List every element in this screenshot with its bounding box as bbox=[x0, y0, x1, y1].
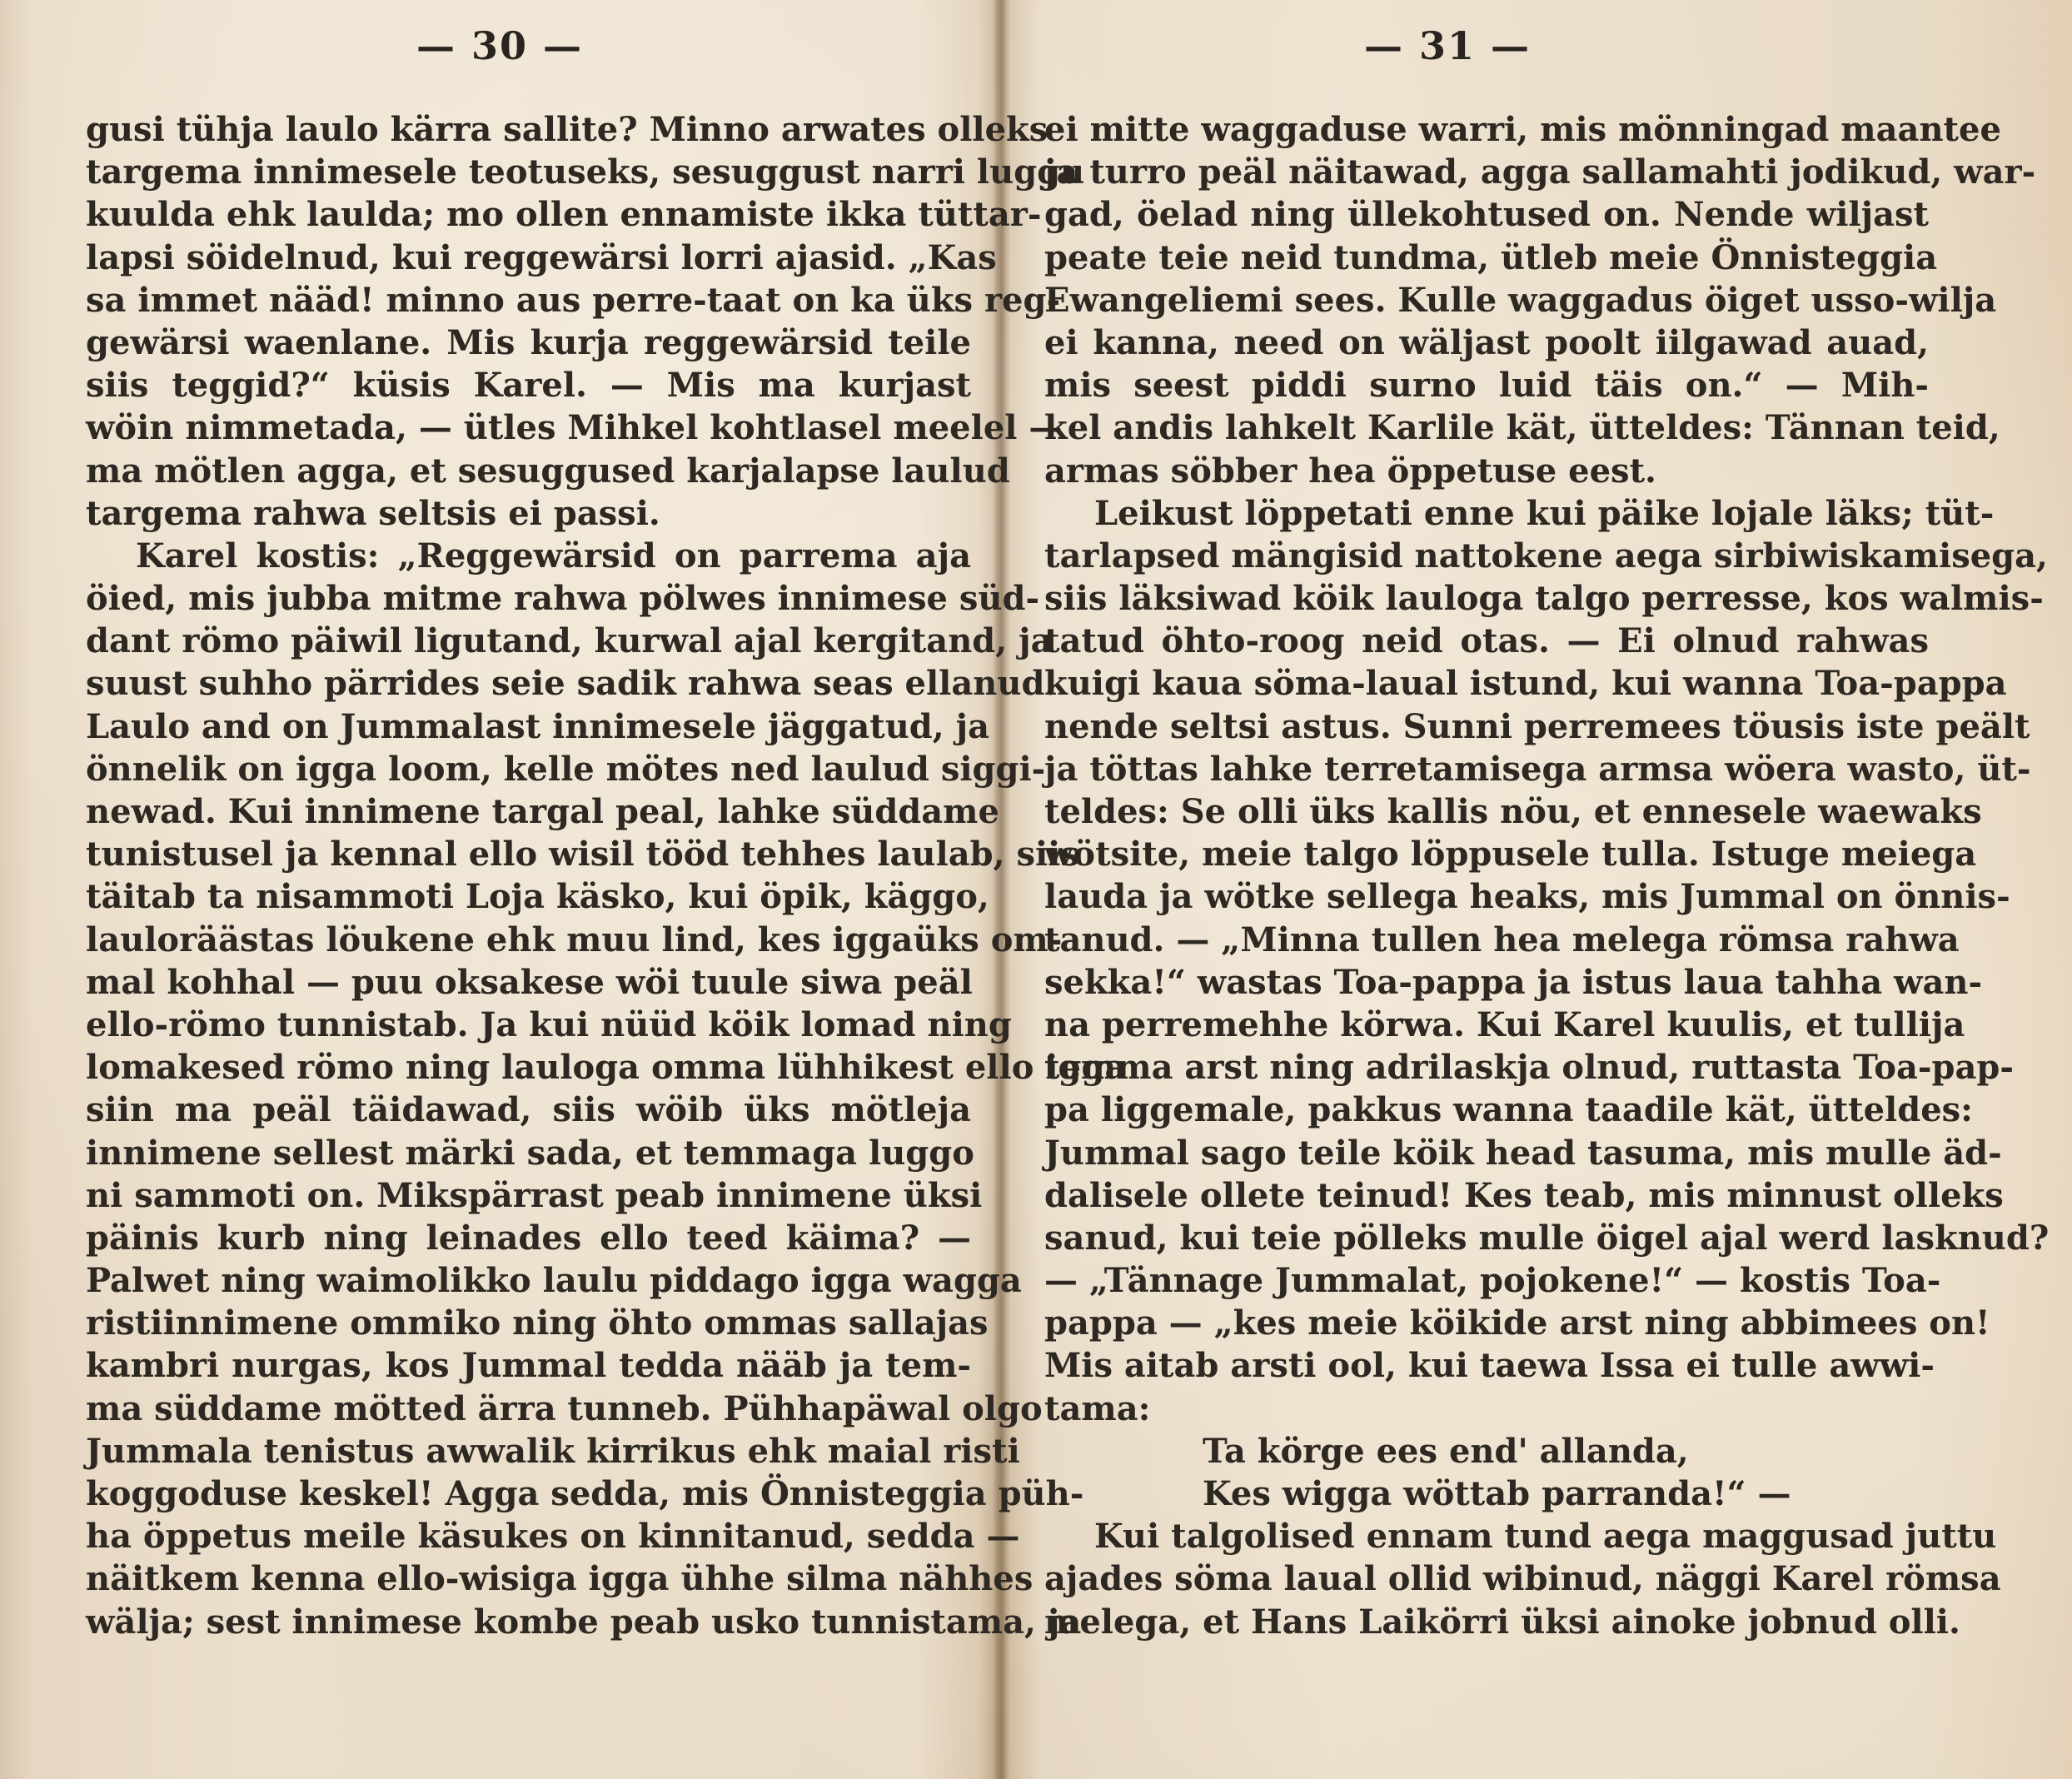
text-line: tunistusel ja kennal ello wisil tööd teh… bbox=[86, 833, 971, 875]
text-line: armas söbber hea öppetuse eest. bbox=[1044, 450, 1929, 492]
text-line: innimene sellest märki sada, et temmaga … bbox=[86, 1132, 971, 1174]
text-line: Kui talgolised ennam tund aega maggusad … bbox=[1044, 1515, 1929, 1557]
text-line: lomakesed römo ning lauloga omma lühhike… bbox=[86, 1046, 971, 1089]
text-line: — „Tännage Jummalat, pojokene!“ — kostis… bbox=[1044, 1259, 1929, 1302]
text-line: dant römo päiwil ligutand, kurwal ajal k… bbox=[86, 620, 971, 662]
text-line: lauda ja wötke sellega heaks, mis Jummal… bbox=[1044, 875, 1929, 918]
page-body: ei mitte waggaduse warri, mis mönningad … bbox=[1044, 108, 1929, 1643]
text-line: teldes: Se olli üks kallis nöu, et ennes… bbox=[1044, 790, 1929, 833]
text-line: tanud. — „Minna tullen hea melega römsa … bbox=[1044, 919, 1929, 961]
text-line: ma mötlen agga, et sesuggused karjalapse… bbox=[86, 450, 971, 492]
text-line: gusi tühja laulo kärra sallite? Minno ar… bbox=[86, 108, 971, 151]
text-line: sanud, kui teie pölleks mulle öigel ajal… bbox=[1044, 1217, 1929, 1259]
text-line: dalisele ollete teinud! Kes teab, mis mi… bbox=[1044, 1174, 1929, 1217]
text-line: önnelik on igga loom, kelle mötes ned la… bbox=[86, 748, 971, 790]
text-line: ajades söma laual ollid wibinud, näggi K… bbox=[1044, 1557, 1929, 1600]
page-number: — 31 — bbox=[1364, 23, 1531, 68]
text-line: Laulo and on Jummalast innimesele jäggat… bbox=[86, 705, 971, 748]
text-line: wöin nimmetada, — ütles Mihkel kohtlasel… bbox=[86, 406, 971, 449]
text-line: newad. Kui innimene targal peal, lahke s… bbox=[86, 790, 971, 833]
left-page: — 30 — gusi tühja laulo kärra sallite? M… bbox=[0, 0, 998, 1779]
text-line: siis teggid?“ küsis Karel. — Mis ma kurj… bbox=[86, 364, 971, 406]
text-line: gad, öelad ning üllekohtused on. Nende w… bbox=[1044, 193, 1929, 236]
page-number: — 30 — bbox=[416, 23, 583, 68]
text-line: Palwet ning waimolikko laulu piddago igg… bbox=[86, 1259, 971, 1302]
text-line: wälja; sest innimese kombe peab usko tun… bbox=[86, 1601, 971, 1643]
text-line: tarlapsed mängisid nattokene aega sirbiw… bbox=[1044, 535, 1929, 577]
text-line: näitkem kenna ello-wisiga igga ühhe silm… bbox=[86, 1557, 971, 1600]
text-line: kel andis lahkelt Karlile kät, ütteldes:… bbox=[1044, 406, 1929, 449]
text-line: koggoduse keskel! Agga sedda, mis Önnist… bbox=[86, 1473, 971, 1515]
text-line: peate teie neid tundma, ütleb meie Önnis… bbox=[1044, 237, 1929, 279]
text-line: siin ma peäl täidawad, siis wöib üks möt… bbox=[86, 1089, 971, 1131]
text-line: Jummala tenistus awwalik kirrikus ehk ma… bbox=[86, 1430, 971, 1473]
text-line: ello-römo tunnistab. Ja kui nüüd köik lo… bbox=[86, 1004, 971, 1046]
text-line: ni sammoti on. Mikspärrast peab innimene… bbox=[86, 1174, 971, 1217]
text-line: sekka!“ wastas Toa-pappa ja istus laua t… bbox=[1044, 961, 1929, 1004]
text-line: mal kohhal — puu oksakese wöi tuule siwa… bbox=[86, 961, 971, 1004]
text-line: ma süddame mötted ärra tunneb. Pühhapäwa… bbox=[86, 1388, 971, 1430]
text-line: öied, mis jubba mitme rahwa pölwes innim… bbox=[86, 577, 971, 620]
text-line: ha öppetus meile käsukes on kinnitanud, … bbox=[86, 1515, 971, 1557]
text-line: kuulda ehk laulda; mo ollen ennamiste ik… bbox=[86, 193, 971, 236]
text-line: na perremehhe körwa. Kui Karel kuulis, e… bbox=[1044, 1004, 1929, 1046]
text-line: kambri nurgas, kos Jummal tedda nääb ja … bbox=[86, 1344, 971, 1387]
text-line: suust suhho pärrides seie sadik rahwa se… bbox=[86, 662, 971, 705]
text-line: Karel kostis: „Reggewärsid on parrema aj… bbox=[86, 535, 971, 577]
text-line: targema rahwa seltsis ei passi. bbox=[86, 492, 971, 535]
text-line: ei kanna, need on wäljast poolt iilgawad… bbox=[1044, 321, 1929, 364]
text-line: Leikust löppetati enne kui päike lojale … bbox=[1044, 492, 1929, 535]
right-page: — 31 — ei mitte waggaduse warri, mis mön… bbox=[998, 0, 2072, 1779]
text-line: mis seest piddi surno luid täis on.“ — M… bbox=[1044, 364, 1929, 406]
text-line: Jummal sago teile köik head tasuma, mis … bbox=[1044, 1132, 1929, 1174]
page-body: gusi tühja laulo kärra sallite? Minno ar… bbox=[86, 108, 971, 1643]
text-line: nende seltsi astus. Sunni perremees töus… bbox=[1044, 705, 1929, 748]
book-spread: — 30 — gusi tühja laulo kärra sallite? M… bbox=[0, 0, 2072, 1779]
text-line: ristiinnimene ommiko ning öhto ommas sal… bbox=[86, 1302, 971, 1344]
text-line: ja turro peäl näitawad, agga sallamahti … bbox=[1044, 151, 1929, 193]
text-line: lapsi söidelnud, kui reggewärsi lorri aj… bbox=[86, 237, 971, 279]
text-line: Mis aitab arsti ool, kui taewa Issa ei t… bbox=[1044, 1344, 1929, 1387]
text-line: temma arst ning adrilaskja olnud, ruttas… bbox=[1044, 1046, 1929, 1089]
text-line: pa liggemale, pakkus wanna taadile kät, … bbox=[1044, 1089, 1929, 1131]
text-line: ei mitte waggaduse warri, mis mönningad … bbox=[1044, 108, 1929, 151]
text-line: wötsite, meie talgo löppusele tulla. Ist… bbox=[1044, 833, 1929, 875]
text-line: melega, et Hans Laikörri üksi ainoke job… bbox=[1044, 1601, 1929, 1643]
text-line: targema innimesele teotuseks, sesuggust … bbox=[86, 151, 971, 193]
text-line: päinis kurb ning leinades ello teed käim… bbox=[86, 1217, 971, 1259]
text-line: siis läksiwad köik lauloga talgo perress… bbox=[1044, 577, 1929, 620]
poem-line: Kes wigga wöttab parranda!“ — bbox=[1044, 1473, 1929, 1515]
text-line: lauloräästas löukene ehk muu lind, kes i… bbox=[86, 919, 971, 961]
text-line: gewärsi waenlane. Mis kurja reggewärsid … bbox=[86, 321, 971, 364]
text-line: tama: bbox=[1044, 1388, 1929, 1430]
text-line: pappa — „kes meie köikide arst ning abbi… bbox=[1044, 1302, 1929, 1344]
text-line: kuigi kaua söma-laual istund, kui wanna … bbox=[1044, 662, 1929, 705]
poem-line: Ta körge ees end' allanda, bbox=[1044, 1430, 1929, 1473]
text-line: Ewangeliemi sees. Kulle waggadus öiget u… bbox=[1044, 279, 1929, 321]
text-line: sa immet nääd! minno aus perre-taat on k… bbox=[86, 279, 971, 321]
text-line: ja töttas lahke terretamisega armsa wöer… bbox=[1044, 748, 1929, 790]
text-line: täitab ta nisammoti Loja käsko, kui öpik… bbox=[86, 875, 971, 918]
text-line: tatud öhto-roog neid otas. — Ei olnud ra… bbox=[1044, 620, 1929, 662]
